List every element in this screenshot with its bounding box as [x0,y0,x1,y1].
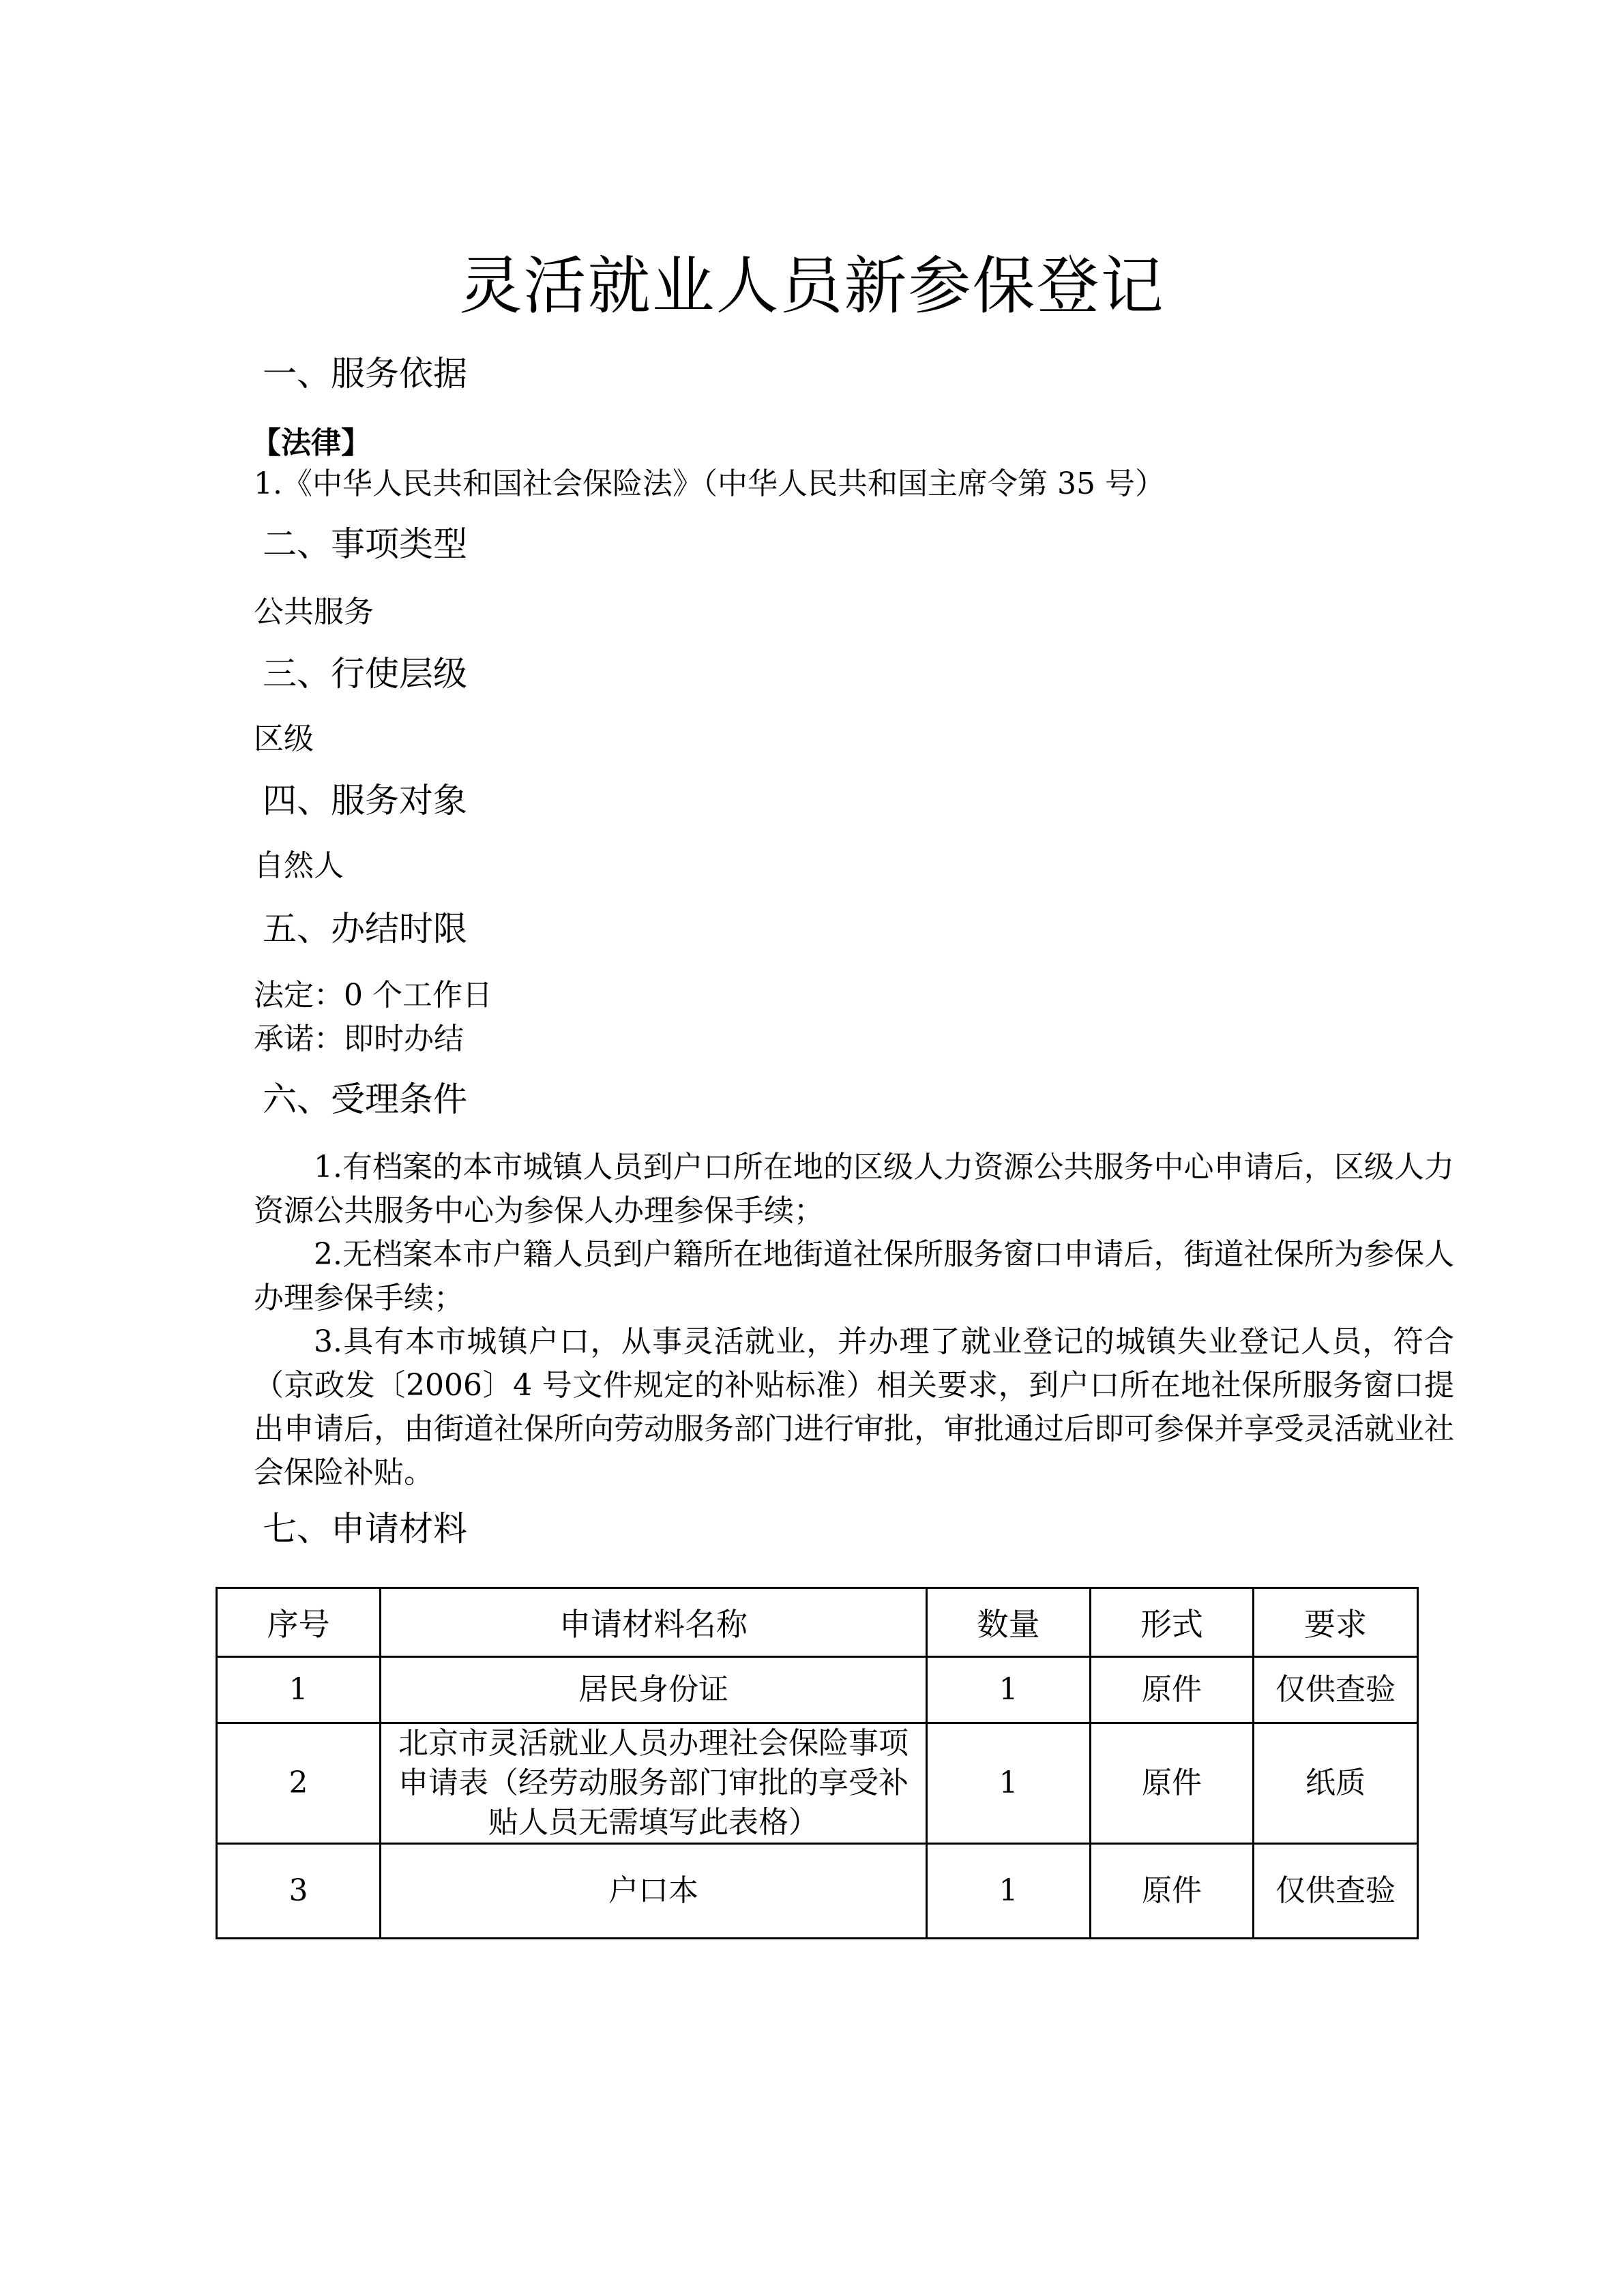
cell-material-name: 北京市灵活就业人员办理社会保险事项申请表（经劳动服务部门审批的享受补贴人员无需填… [381,1723,927,1844]
condition-3: 3.具有本市城镇户口，从事灵活就业，并办理了就业登记的城镇失业登记人员，符合（京… [254,1320,1454,1495]
cell-quantity: 1 [927,1723,1091,1844]
section-heading-acceptance-conditions: 六、受理条件 [263,1077,467,1121]
table-row: 2 北京市灵活就业人员办理社会保险事项申请表（经劳动服务部门审批的享受补贴人员无… [217,1723,1418,1844]
header-form: 形式 [1091,1588,1254,1657]
table-header-row: 序号 申请材料名称 数量 形式 要求 [217,1588,1418,1657]
law-reference: 1.《中华人民共和国社会保险法》（中华人民共和国主席令第 35 号） [254,464,1165,505]
section-heading-time-limit: 五、办结时限 [263,907,467,951]
page-title: 灵活就业人员新参保登记 [0,245,1624,327]
cell-form: 原件 [1091,1657,1254,1723]
cell-form: 原件 [1091,1844,1254,1939]
header-serial: 序号 [217,1588,381,1657]
promised-time-limit: 承诺：即时办结 [254,1019,464,1060]
item-type-value: 公共服务 [254,592,374,633]
cell-requirement: 仅供查验 [1254,1844,1418,1939]
law-label: 【法律】 [251,423,371,464]
section-heading-service-object: 四、服务对象 [263,779,467,822]
table-row: 1 居民身份证 1 原件 仅供查验 [217,1657,1418,1723]
table-row: 3 户口本 1 原件 仅供查验 [217,1844,1418,1939]
cell-material-name: 居民身份证 [381,1657,927,1723]
exercise-level-value: 区级 [254,719,314,760]
materials-table: 序号 申请材料名称 数量 形式 要求 1 居民身份证 1 原件 仅供查验 2 北… [216,1587,1419,1939]
cell-quantity: 1 [927,1844,1091,1939]
header-quantity: 数量 [927,1588,1091,1657]
service-object-value: 自然人 [254,846,344,886]
condition-1: 1.有档案的本市城镇人员到户口所在地的区级人力资源公共服务中心申请后，区级人力资… [254,1146,1454,1233]
statutory-time-limit: 法定：0 个工作日 [254,975,492,1016]
cell-serial: 3 [217,1844,381,1939]
section-heading-exercise-level: 三、行使层级 [263,652,467,696]
cell-material-name: 户口本 [381,1844,927,1939]
section-heading-service-basis: 一、服务依据 [263,352,467,396]
section-heading-application-materials: 七、申请材料 [263,1507,467,1551]
cell-form: 原件 [1091,1723,1254,1844]
cell-requirement: 仅供查验 [1254,1657,1418,1723]
cell-serial: 2 [217,1723,381,1844]
section-heading-item-type: 二、事项类型 [263,522,467,566]
header-material-name: 申请材料名称 [381,1588,927,1657]
cell-quantity: 1 [927,1657,1091,1723]
header-requirement: 要求 [1254,1588,1418,1657]
cell-serial: 1 [217,1657,381,1723]
condition-2: 2.无档案本市户籍人员到户籍所在地街道社保所服务窗口申请后，街道社保所为参保人办… [254,1233,1454,1320]
cell-requirement: 纸质 [1254,1723,1418,1844]
